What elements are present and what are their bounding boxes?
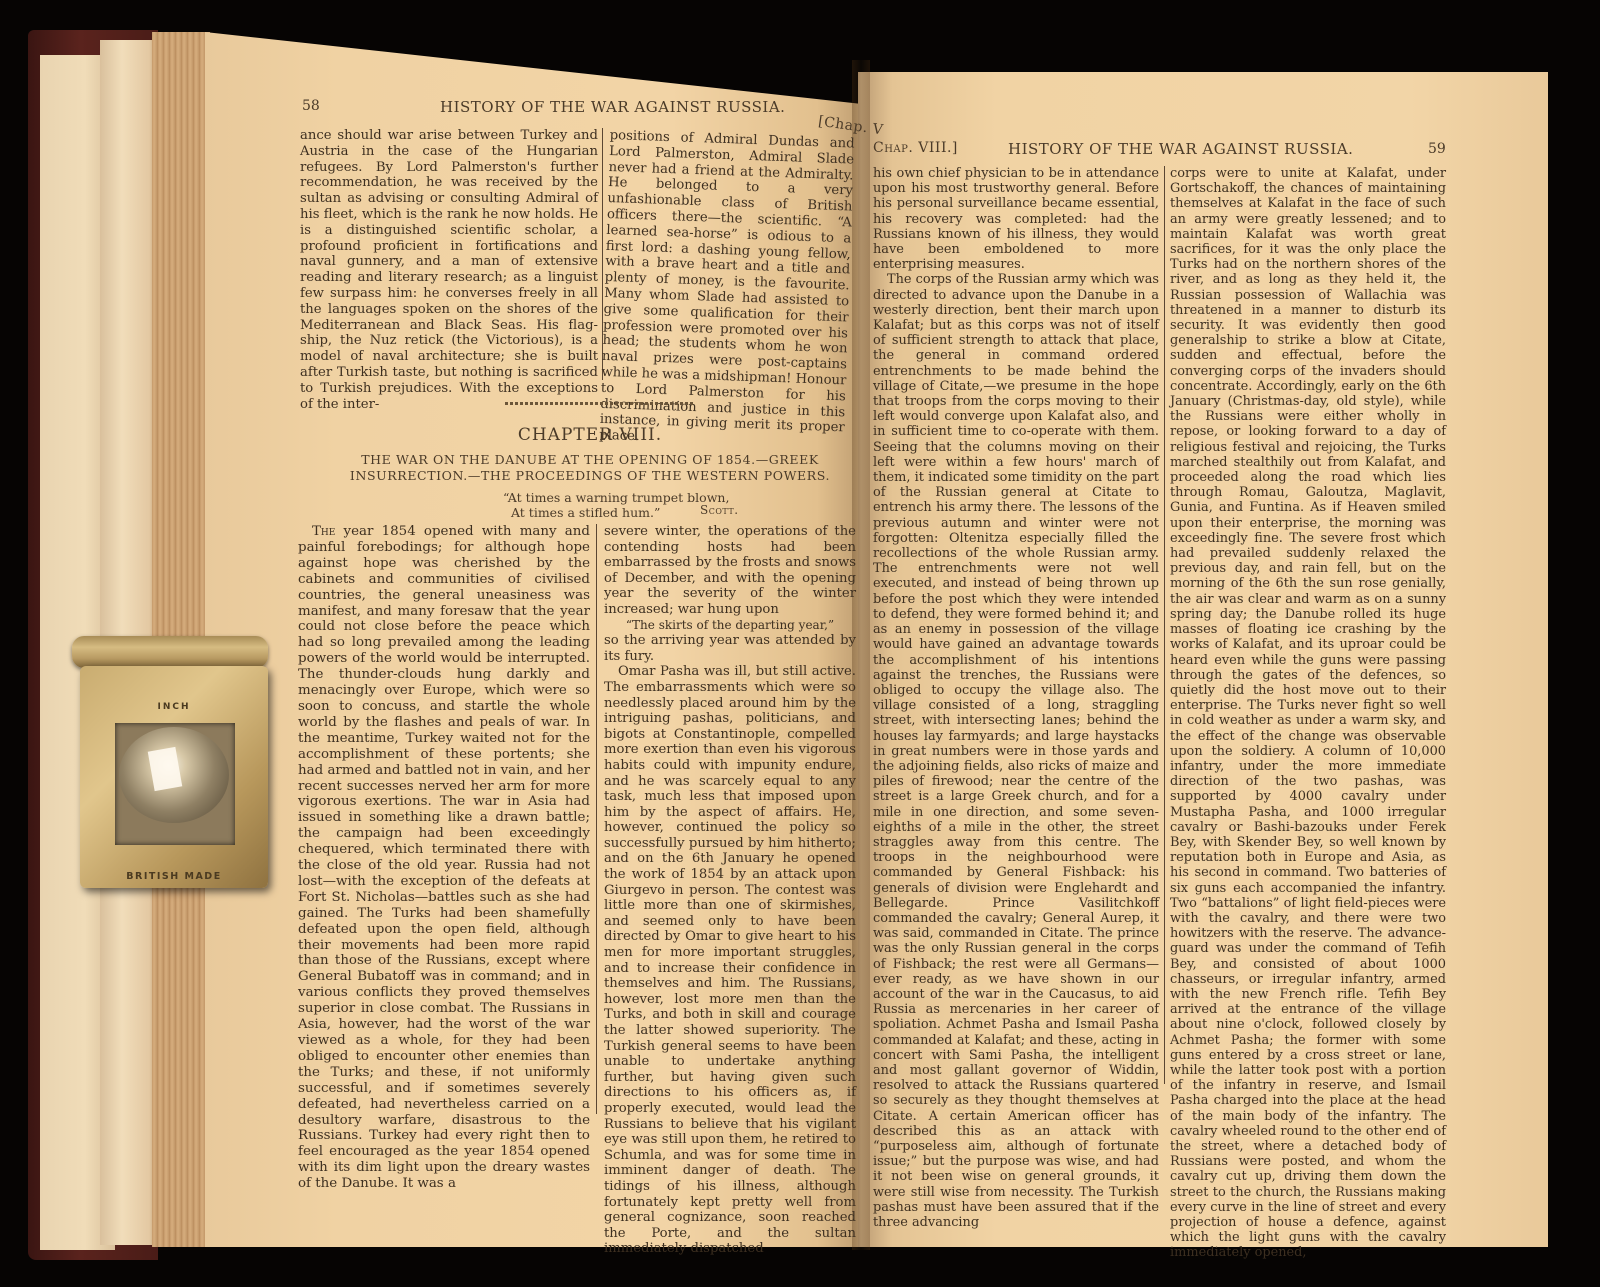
inline-quote: “The skirts of the departing year,” [604,618,856,634]
loupe-hinge [72,636,268,668]
magnifier-lens-icon [119,727,229,823]
chapter-ornament-rule [505,402,695,405]
paragraph: ance should war arise between Turkey and… [300,128,598,412]
epigraph: “At times a warning trumpet blown, At ti… [503,490,729,520]
paragraph: Omar Pasha was ill, but still active. Th… [604,664,856,1257]
right-column-1: his own chief physician to be in attenda… [873,166,1159,1230]
right-running-head: HISTORY OF THE WAR AGAINST RUSSIA. [1008,140,1353,158]
left-running-head: HISTORY OF THE WAR AGAINST RUSSIA. [440,98,785,116]
chapter-subtitle: THE WAR ON THE DANUBE AT THE OPENING OF … [320,452,860,484]
right-page-number: 59 [1428,141,1446,157]
paragraph: corps were to unite at Kalafat, under Go… [1170,166,1446,1261]
loupe-label-top: INCH [80,702,268,712]
loupe-frame: INCH BRITISH MADE [80,666,268,888]
left-body-column-2: severe winter, the operations of the con… [604,524,856,1257]
drop-lead: The [312,524,335,539]
column-rule [596,524,597,1114]
paragraph: The year 1854 opened with many and painf… [298,524,590,1192]
lens-glare [148,747,183,791]
epigraph-line-2: At times a stifled hum.” [503,505,729,520]
chapter-title: CHAPTER VIII. [440,425,740,445]
epigraph-line-1: “At times a warning trumpet blown, [503,490,729,505]
epigraph-attribution: Scott. [700,503,739,517]
column-rule [1164,166,1165,1084]
right-column-2: corps were to unite at Kalafat, under Go… [1170,166,1446,1261]
paragraph: so the arriving year was attended by its… [604,633,856,664]
paragraph: The corps of the Russian army which was … [873,272,1159,1230]
left-top-column-1: ance should war arise between Turkey and… [300,128,598,412]
right-chapter-marker: Chap. VIII.] [873,140,958,156]
paragraph: his own chief physician to be in attenda… [873,166,1159,272]
loupe-label-bottom: BRITISH MADE [80,871,268,882]
loupe-window [115,723,235,845]
left-page-number: 58 [302,98,320,114]
left-body-column-1: The year 1854 opened with many and painf… [298,524,590,1192]
paragraph: severe winter, the operations of the con… [604,524,856,618]
folding-magnifier-loupe: INCH BRITISH MADE [72,628,272,890]
